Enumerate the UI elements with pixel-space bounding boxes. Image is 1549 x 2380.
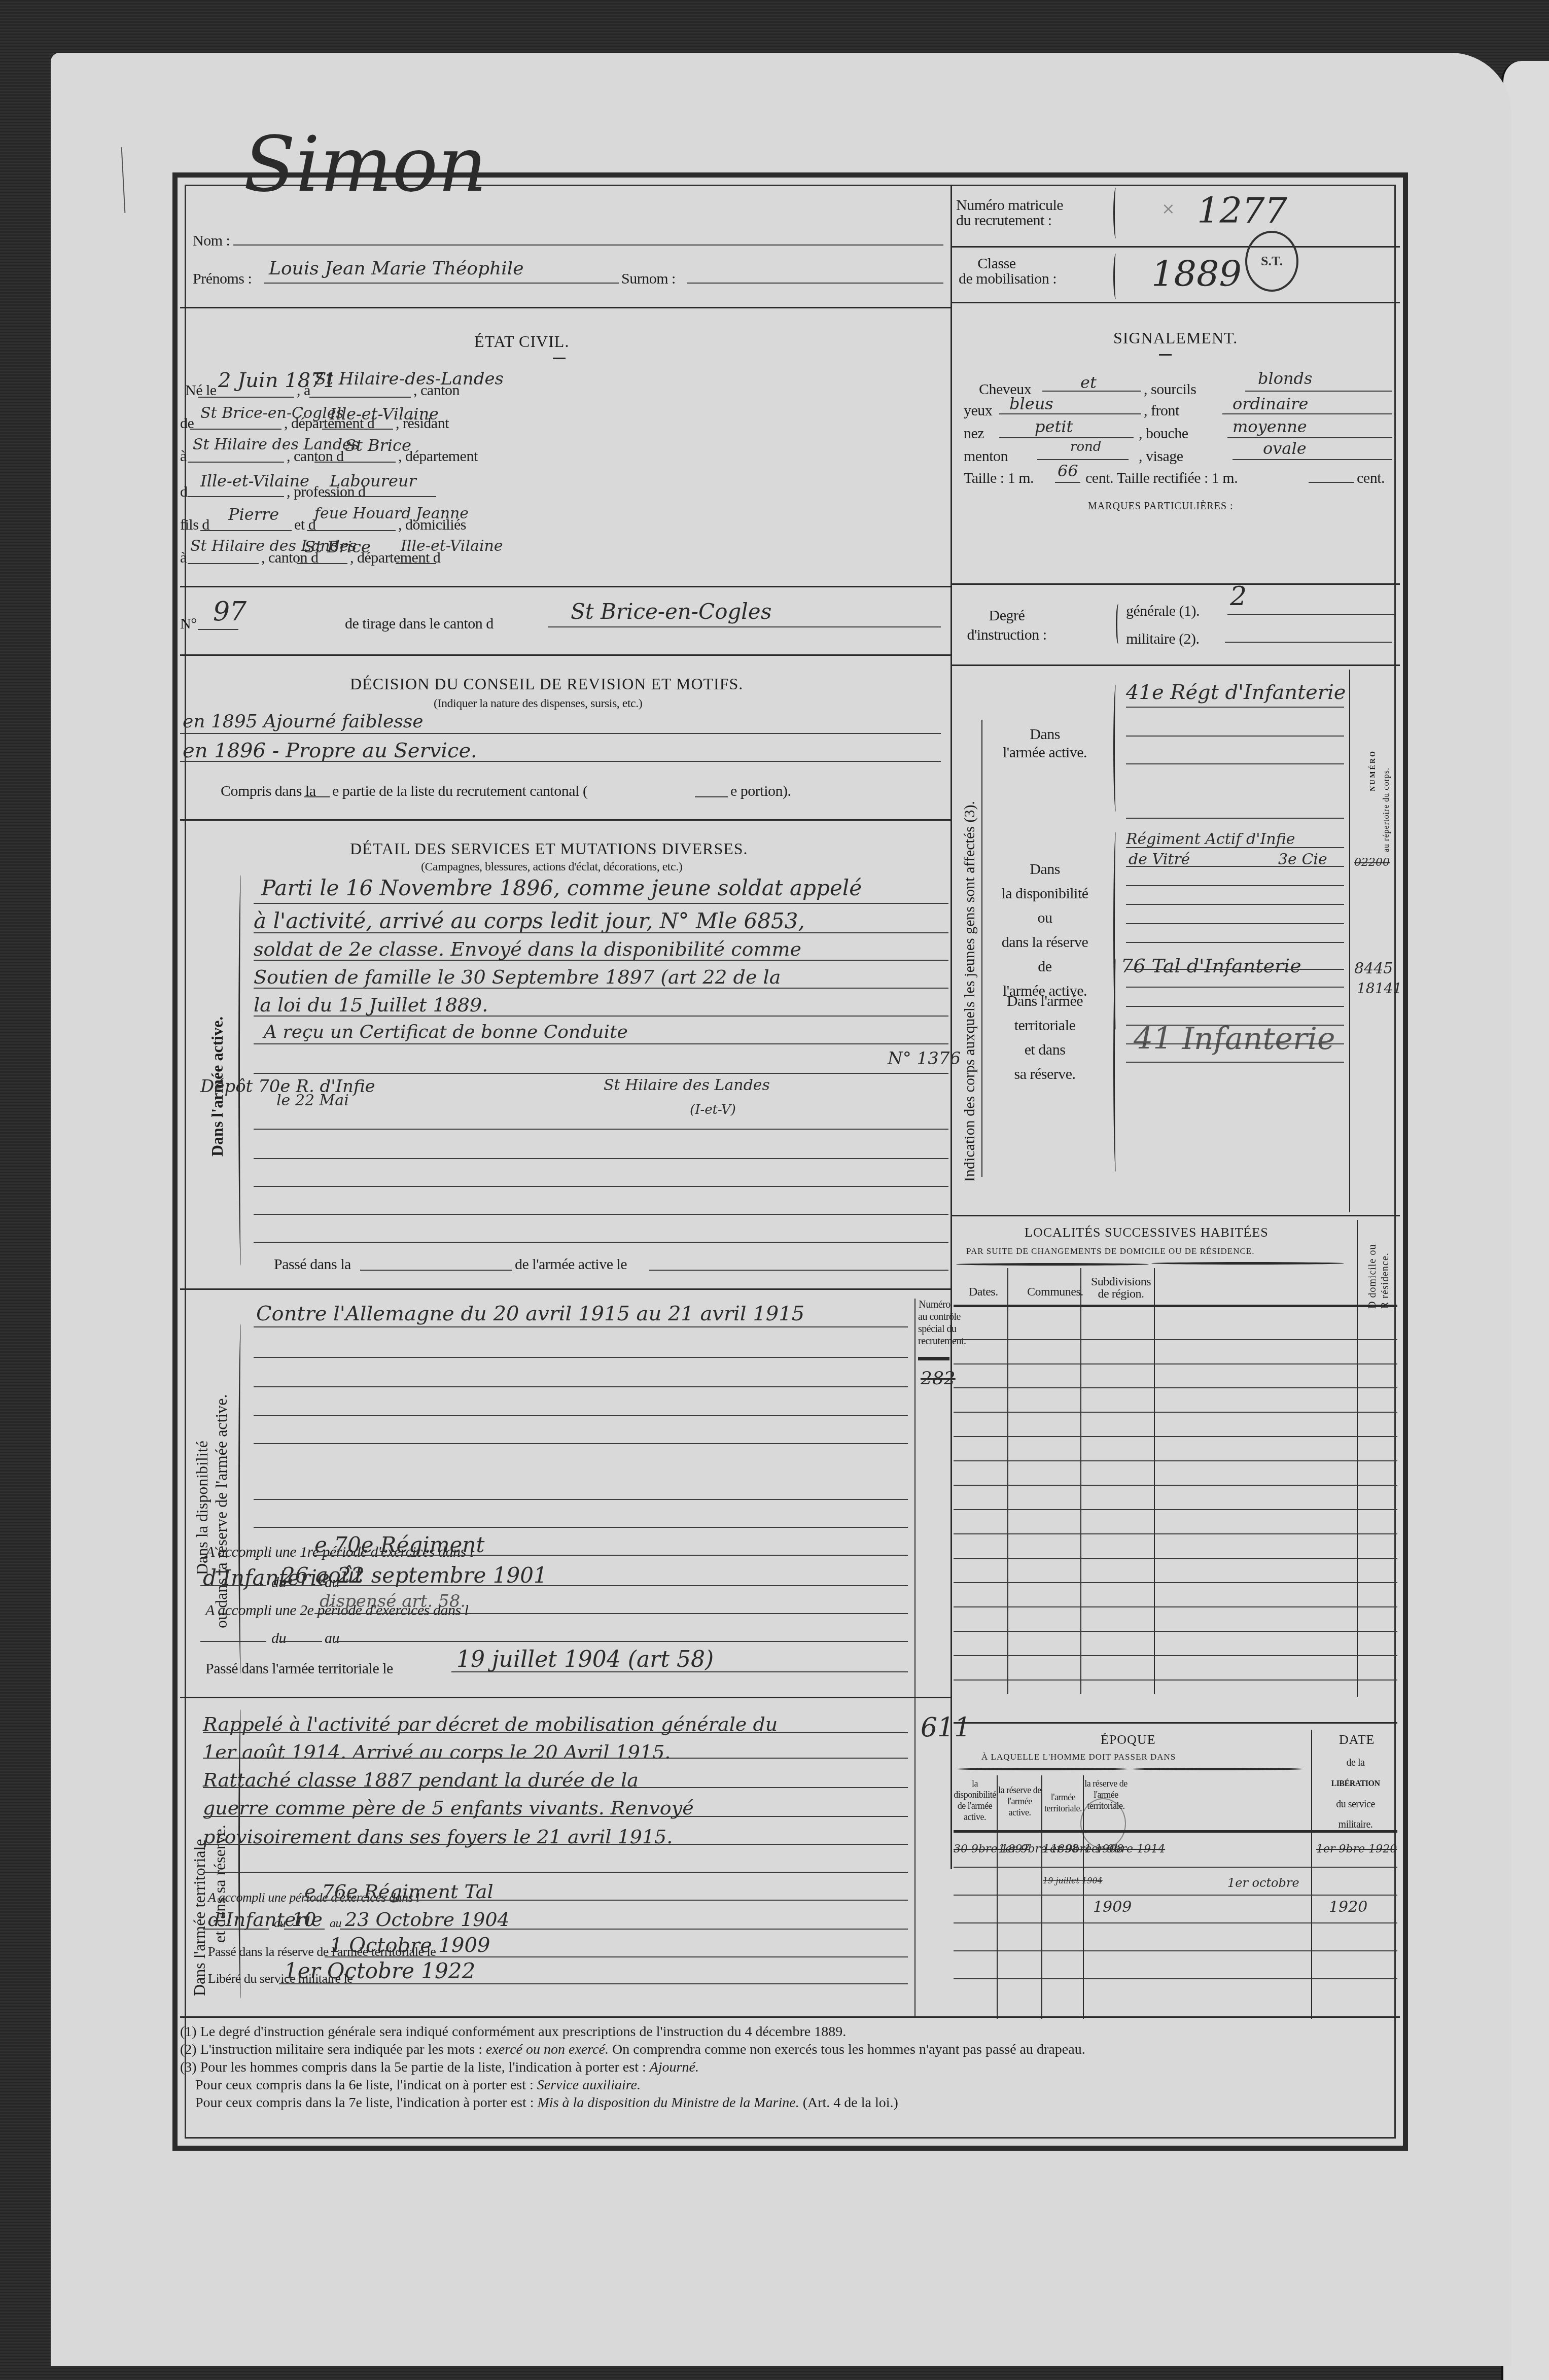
marques-title: MARQUES PARTICULIÈRES : <box>1088 501 1234 511</box>
field-line <box>335 1641 908 1642</box>
visage-value: ovale <box>1263 440 1307 457</box>
numero-column-divider <box>914 1698 916 2018</box>
field-line <box>1126 736 1344 737</box>
terr-line-1: Rappelé à l'activité par décret de mobil… <box>203 1714 778 1734</box>
field-line <box>325 1956 908 1957</box>
field-line <box>322 429 393 430</box>
header-rule <box>954 1830 1397 1833</box>
numero-repertoire-label-2: au répertoire du corps. <box>1382 767 1391 852</box>
field-line <box>1055 482 1080 483</box>
field-line <box>1126 942 1344 943</box>
field-line <box>279 1585 322 1586</box>
decision-title: DÉCISION DU CONSEIL DE REVISION ET MOTIF… <box>350 675 743 693</box>
table-row-line <box>954 1412 1397 1413</box>
field-line <box>254 1415 908 1416</box>
column-divider <box>1154 1268 1155 1694</box>
yeux-label: yeux <box>964 403 992 418</box>
matricule-mark: × <box>1161 200 1175 217</box>
table-row-line <box>954 1558 1397 1559</box>
terr-corps-value-1: 76 Tal d'Infanterie <box>1121 956 1301 975</box>
etat-civil-title: ÉTAT CIVIL. <box>474 332 569 351</box>
brace <box>1113 685 1118 812</box>
field-line <box>198 629 238 630</box>
field-line <box>309 397 411 398</box>
sourcils-label: , sourcils <box>1144 382 1196 397</box>
footnote-1: (1) Le degré d'instruction générale sera… <box>180 2024 846 2040</box>
field-line <box>254 1499 908 1500</box>
nom-label: Nom : <box>193 233 230 249</box>
periode1-to: 22 septembre 1901 <box>337 1565 547 1586</box>
footnote-3: (3) Pour les hommes compris dans la 5e p… <box>180 2059 699 2076</box>
numero-column-divider <box>1349 670 1350 1212</box>
field-line <box>254 1386 908 1387</box>
service-line-6: A reçu un Certificat de bonne Conduite <box>264 1023 628 1041</box>
field-line <box>396 563 436 564</box>
classe-label: Classede mobilisation : <box>959 256 1035 287</box>
decision-subtitle: (Indiquer la nature des dispenses, sursi… <box>434 697 642 710</box>
field-line <box>203 1844 908 1845</box>
col-reserve-active: la réserve de l'armée active. <box>998 1784 1041 1818</box>
field-line <box>322 496 436 497</box>
degre-instruction-label: Degréd'instruction : <box>961 606 1052 645</box>
field-line <box>190 429 281 430</box>
territoriale-numero: 611 <box>921 1714 971 1741</box>
yeux-value: bleus <box>1009 396 1053 412</box>
matricule-label: Numéro matriculedu recrutement : <box>956 198 1037 228</box>
visage-label: , visage <box>1139 449 1183 464</box>
table-row-line <box>954 1363 1397 1364</box>
field-line <box>999 437 1134 438</box>
brace <box>1113 959 1118 1172</box>
col-disponibilite: la disponibilité de l'armée active. <box>953 1778 997 1823</box>
nez-value: petit <box>1035 418 1073 435</box>
dom-dept: Ille-et-Vilaine <box>401 539 503 554</box>
field-line <box>1126 1062 1344 1063</box>
cheveux-value: et <box>1080 374 1097 391</box>
col-communes: Communes. <box>1027 1286 1083 1298</box>
au-label: au <box>330 1917 341 1930</box>
service-line-5: la loi du 15 Juillet 1889. <box>254 995 488 1014</box>
epoque-subtitle: À LAQUELLE L'HOMME DOIT PASSER DANS <box>981 1753 1176 1761</box>
taille-value: 66 <box>1058 463 1078 479</box>
field-line <box>254 1073 948 1074</box>
table-row-line <box>954 1460 1397 1461</box>
d-label: d <box>180 484 188 500</box>
services-title: DÉTAIL DES SERVICES ET MUTATIONS DIVERSE… <box>350 839 748 858</box>
cent-label: cent. Taille rectifiée : 1 m. <box>1085 471 1238 486</box>
column-divider <box>1007 1268 1008 1694</box>
field-line <box>1126 818 1344 819</box>
table-row-line <box>954 1867 1397 1868</box>
column-divider <box>1041 1775 1042 2019</box>
field-line <box>1309 482 1354 483</box>
bouche-value: moyenne <box>1233 418 1307 435</box>
ornament-rule <box>1131 1768 1304 1770</box>
title-dash <box>1159 354 1172 356</box>
field-line <box>304 1900 908 1901</box>
prenoms-value: Louis Jean Marie Théophile <box>269 260 524 278</box>
brace <box>1113 188 1118 238</box>
matricule-rule <box>951 246 1400 248</box>
side-label-dispo-2: ou dans la réserve de l'armée active. <box>212 1394 231 1628</box>
section-rule <box>951 1215 1400 1216</box>
field-line <box>200 1641 266 1642</box>
field-line <box>203 1732 908 1733</box>
libere-value: 1er Octobre 1922 <box>284 1961 475 1982</box>
reserve-territoriale-value: 1 Octobre 1909 <box>330 1935 490 1955</box>
field-line <box>695 796 728 797</box>
field-line <box>254 1043 948 1044</box>
field-line <box>254 932 948 933</box>
demob-number: N° 1376 <box>888 1050 961 1067</box>
active-section-label: Dansl'armée active. <box>989 725 1101 762</box>
terr-section-label: Dans l'arméeterritorialeet danssa réserv… <box>989 989 1101 1087</box>
field-line <box>1245 391 1392 392</box>
field-line <box>188 563 259 564</box>
section-rule <box>180 586 951 587</box>
field-line <box>1126 987 1344 988</box>
field-line <box>1126 923 1344 924</box>
front-value: ordinaire <box>1233 396 1308 412</box>
field-line <box>1126 1043 1344 1044</box>
birthplace: St Hilaire-des-Landes <box>314 370 504 388</box>
dom-a-label: à <box>180 550 187 566</box>
localites-title: LOCALITÉS SUCCESSIVES HABITÉES <box>1025 1225 1269 1240</box>
decision-line-2: en 1896 - Propre au Service. <box>183 741 477 761</box>
date-liberation-label: de laLIBÉRATIONdu servicemilitaire. <box>1314 1753 1397 1835</box>
field-line <box>254 1186 948 1187</box>
col-subdivisions: Subdivisions de région. <box>1090 1276 1151 1300</box>
column-divider <box>1357 1220 1358 1697</box>
table-row-line <box>954 1895 1397 1896</box>
periode1-regiment: e 70e Régiment <box>314 1534 484 1556</box>
field-line <box>254 1214 948 1215</box>
dispo-corps-value-1: Régiment Actif d'Infie <box>1126 832 1295 847</box>
canton-label: , canton <box>413 383 460 398</box>
terr-line-4: guerre comme père de 5 enfants vivants. … <box>203 1798 694 1817</box>
field-line <box>1126 969 1344 970</box>
demob-dept: (I-et-V) <box>690 1103 736 1116</box>
field-line <box>1126 1006 1344 1007</box>
side-label-terr-1: Dans l'armée territoriale <box>190 1839 209 1996</box>
dispo-corps-value-2: de Vitré <box>1129 852 1190 867</box>
table-row-line <box>954 1978 1397 1979</box>
prenoms-label: Prénoms : <box>193 271 252 287</box>
field-line <box>548 626 941 627</box>
epoque-reserve-territoriale: 1er 9bre 1914 <box>1084 1844 1165 1855</box>
field-line <box>284 1929 325 1930</box>
service-line-4: Soutien de famille le 30 Septembre 1897 … <box>254 967 781 987</box>
field-line <box>254 903 948 904</box>
bouche-label: , bouche <box>1139 426 1188 441</box>
table-row-line <box>954 1387 1397 1388</box>
date-title: DATE <box>1339 1732 1375 1747</box>
column-divider <box>1080 1268 1081 1694</box>
cent2-label: cent. <box>1357 471 1385 486</box>
front-label: , front <box>1144 403 1179 418</box>
militaire-label: militaire (2). <box>1126 632 1200 647</box>
table-row-line <box>954 1631 1397 1632</box>
tirage-number: 97 <box>213 599 247 625</box>
passe-active-label-2: de l'armée active le <box>515 1257 627 1272</box>
terr-numero-2: 18141 <box>1357 982 1402 996</box>
terr-periode-regiment: e 76e Régiment Tal <box>304 1882 494 1901</box>
au2-label: au <box>325 1631 339 1646</box>
footnote-2: (2) L'instruction militaire sera indiqué… <box>180 2042 1085 2058</box>
epoque-correction: 1er octobre <box>1227 1877 1299 1889</box>
field-line <box>314 462 396 463</box>
header-rule <box>180 307 951 308</box>
footnote-3c: Pour ceux compris dans la 7e liste, l'in… <box>195 2095 898 2111</box>
field-line <box>304 796 330 797</box>
periode2-value: dispensé art. 58. <box>320 1593 466 1610</box>
services-subtitle: (Campagnes, blessures, actions d'éclat, … <box>421 861 682 873</box>
table-row-line <box>954 1655 1397 1656</box>
field-line <box>1225 642 1392 643</box>
field-line <box>1126 866 1344 867</box>
field-line <box>1126 885 1344 886</box>
table-row-line <box>954 1339 1397 1340</box>
field-line <box>188 496 284 497</box>
ornament-rule <box>956 1263 1149 1266</box>
title-dash <box>553 358 566 359</box>
table-row-line <box>954 1922 1397 1923</box>
field-line <box>254 988 948 989</box>
passe-territoriale-value: 19 juillet 1904 (art 58) <box>456 1649 714 1671</box>
brace <box>1113 254 1118 299</box>
section-rule <box>951 583 1400 585</box>
field-line <box>180 761 941 762</box>
terr-numero-1: 8445 <box>1354 961 1393 976</box>
footnote-3b: Pour ceux compris dans la 6e liste, l'in… <box>195 2077 641 2093</box>
field-line <box>1126 763 1344 764</box>
ne-le-label: Né le <box>185 383 217 398</box>
field-line <box>335 1585 908 1586</box>
matricule-value: 1277 <box>1197 193 1287 228</box>
tirage-label: de tirage dans le canton d <box>345 616 494 632</box>
dispo-numero: 02200 <box>1354 857 1390 868</box>
column-divider <box>950 185 952 1869</box>
classe-rule <box>951 302 1400 303</box>
nom-value: Simon <box>243 127 487 203</box>
du2-label: du <box>271 1631 286 1646</box>
field-line <box>279 1983 908 1984</box>
field-line <box>203 1787 908 1788</box>
date-liberation: 1er 9bre 1920 <box>1316 1844 1397 1855</box>
field-line <box>180 733 941 734</box>
official-stamp: S.T. <box>1245 231 1298 292</box>
section-rule <box>180 654 951 656</box>
res-a-label: à <box>180 449 187 464</box>
active-corps-value: 41e Régt d'Infanterie <box>1126 682 1346 703</box>
field-line <box>649 1270 948 1271</box>
table-row-line <box>954 1606 1397 1607</box>
field-line <box>307 530 396 531</box>
field-line <box>314 1555 908 1556</box>
field-line <box>1042 391 1141 392</box>
menton-label: menton <box>964 449 1008 464</box>
table-row-line <box>954 1485 1397 1486</box>
col-territoriale: l'armée territoriale. <box>1043 1792 1083 1814</box>
field-line <box>254 1326 908 1327</box>
nez-label: nez <box>964 426 984 441</box>
menton-value: rond <box>1070 440 1101 453</box>
father-name: Pierre <box>228 506 279 522</box>
table-row-line <box>954 1509 1397 1510</box>
demob-place: St Hilaire des Landes <box>604 1078 770 1093</box>
field-line <box>203 1872 908 1873</box>
field-line <box>1233 459 1392 460</box>
table-row-line <box>954 1582 1397 1583</box>
epoque-reserve-territoriale-2: 1909 <box>1093 1900 1132 1915</box>
field-line <box>254 1357 908 1358</box>
terr-periode-from: 10 <box>292 1910 316 1929</box>
field-line <box>1227 437 1392 438</box>
field-line <box>200 1585 266 1586</box>
corps-side-label: Indication des corps auxquels les jeunes… <box>961 801 978 1182</box>
dispo-corps-value-3: 3e Cie <box>1278 852 1327 867</box>
col-dates: Dates. <box>969 1286 998 1298</box>
side-divider <box>981 720 982 1177</box>
du-label: du <box>274 1917 286 1930</box>
numero-controle-header: Numéroau contrôlespécial durecrutement. <box>918 1299 951 1347</box>
signalement-title: SIGNALEMENT. <box>1113 329 1238 347</box>
terr-corps-value-2: 41 Infanterie <box>1134 1024 1335 1054</box>
field-line <box>254 1158 948 1159</box>
field-line <box>1227 614 1395 615</box>
faint-stamp <box>1080 1798 1126 1849</box>
field-line <box>451 1671 908 1672</box>
field-line <box>340 1929 908 1930</box>
tirage-canton: St Brice-en-Cogles <box>571 601 771 622</box>
localites-subtitle: PAR SUITE DE CHANGEMENTS DE DOMICILE OU … <box>966 1247 1255 1255</box>
ornament-rule <box>1151 1262 1344 1265</box>
epoque-territoriale-2: 19 juillet 1904 <box>1043 1877 1103 1885</box>
table-row-line <box>954 1950 1397 1951</box>
dispo-section-label: Dansla disponibilitéoudans la réservedel… <box>989 857 1101 1003</box>
service-line-1: Parti le 16 Novembre 1896, comme jeune s… <box>261 878 862 899</box>
section-rule <box>951 664 1400 666</box>
table-row-line <box>954 1436 1397 1437</box>
service-line-3: soldat de 2e classe. Envoyé dans la disp… <box>254 939 801 959</box>
residence-label: R résidence. <box>1380 1252 1391 1309</box>
field-line <box>360 1270 512 1271</box>
partie-label: e partie de la liste du recrutement cant… <box>332 784 587 799</box>
domicile-label: D domicile ou <box>1367 1244 1379 1309</box>
field-line <box>203 1816 908 1817</box>
table-row-line <box>954 1679 1397 1681</box>
field-line <box>999 413 1141 414</box>
date-liberation-2: 1920 <box>1329 1900 1367 1915</box>
section-rule <box>954 1722 1397 1724</box>
residant-label: , résidant <box>396 416 449 431</box>
field-line <box>200 530 292 531</box>
brace <box>238 875 243 1266</box>
classe-value: 1889 <box>1151 256 1242 292</box>
passe-active-label: Passé dans la <box>274 1257 351 1272</box>
field-line <box>203 1758 908 1759</box>
field-line <box>254 1443 908 1444</box>
field-line <box>1222 413 1392 414</box>
ornament-rule <box>956 1768 1129 1770</box>
field-line <box>1126 847 1344 848</box>
field-line <box>254 1527 908 1528</box>
field-line <box>188 462 284 463</box>
profession: Laboureur <box>330 473 416 489</box>
header-rule <box>954 1305 1397 1307</box>
domicilies-label: , domiciliés <box>398 517 466 533</box>
field-line <box>254 1242 948 1243</box>
brace <box>238 1324 243 1674</box>
compris-label: Compris dans la <box>221 784 316 799</box>
table-row-line <box>954 1533 1397 1534</box>
nom-line <box>233 244 943 246</box>
form-frame <box>172 172 1408 2151</box>
epoque-title: ÉPOQUE <box>1101 1732 1156 1747</box>
footnote-rule <box>180 2016 1400 2018</box>
field-line <box>198 397 294 398</box>
numero-column-divider <box>914 1299 916 1699</box>
decision-line-1: en 1895 Ajourné faiblesse <box>183 713 424 731</box>
field-line <box>314 1613 908 1614</box>
sourcils-value: blonds <box>1258 370 1313 387</box>
taille-label: Taille : 1 m. <box>964 471 1034 486</box>
numero-repertoire-label-1: NUMÉRO <box>1369 750 1378 791</box>
column-divider <box>1311 1730 1312 2019</box>
tirage-no-label: N° <box>180 616 197 632</box>
portion-label: e portion). <box>730 784 791 799</box>
brace <box>1116 604 1121 644</box>
section-rule <box>180 1288 951 1290</box>
prenoms-line <box>264 283 619 284</box>
section-rule <box>180 819 951 821</box>
field-line <box>279 1641 322 1642</box>
service-line-2: à l'activité, arrivé au corps ledit jour… <box>254 911 805 932</box>
field-line <box>1126 707 1344 708</box>
campaign-entry: Contre l'Allemagne du 20 avril 1915 au 2… <box>256 1304 804 1324</box>
field-line <box>254 1129 948 1130</box>
passe-territoriale-label: Passé dans l'armée territoriale le <box>205 1661 393 1676</box>
field-line <box>1037 459 1129 460</box>
field-line <box>203 1929 269 1930</box>
field-line <box>254 1016 948 1017</box>
terr-line-2: 1er août 1914. Arrivé au corps le 20 Avr… <box>203 1742 671 1762</box>
surnom-label: Surnom : <box>621 271 676 287</box>
section-rule <box>180 1697 951 1698</box>
header-rule <box>918 1357 949 1360</box>
generale-label: générale (1). <box>1126 604 1200 619</box>
numero-controle-value: 282 <box>921 1370 956 1388</box>
a-label: , à <box>297 383 310 398</box>
generale-value: 2 <box>1230 583 1247 610</box>
field-line <box>297 563 347 564</box>
terr-periode-to: 23 Octobre 1904 <box>345 1910 510 1929</box>
field-line <box>254 960 948 961</box>
res-dept-label: , département <box>398 449 478 464</box>
demob-date: le 22 Mai <box>276 1093 349 1108</box>
field-line <box>1126 904 1344 905</box>
surnom-line <box>687 283 943 284</box>
